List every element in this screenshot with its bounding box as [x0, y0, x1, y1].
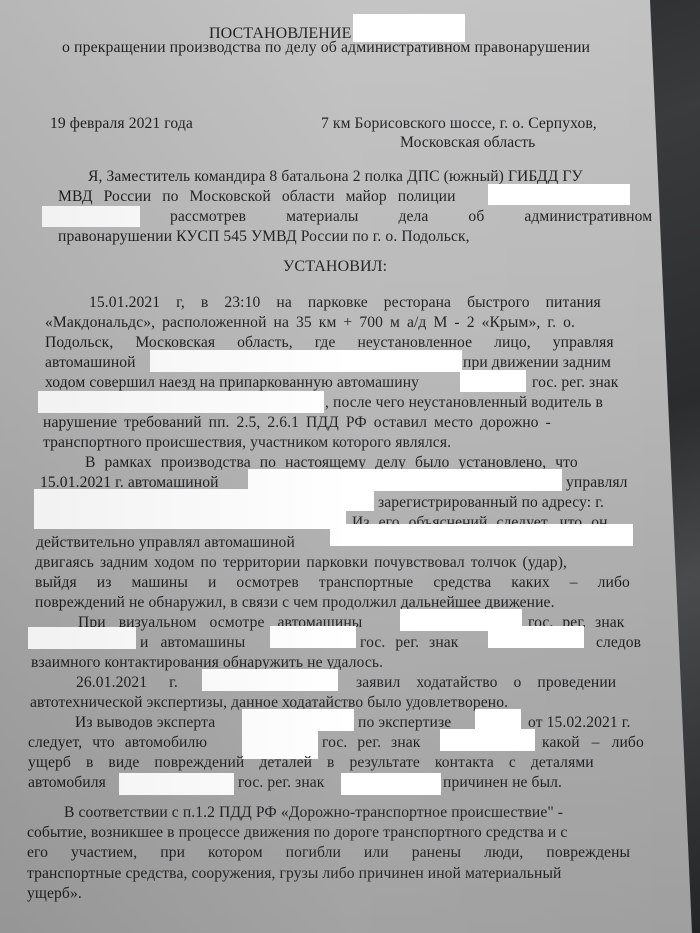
redaction-box	[488, 184, 630, 205]
p5-line-4b: гос. рег. знак	[238, 773, 324, 793]
p1-line-3: Подольск, Московская область, где неуста…	[45, 333, 614, 353]
redaction-box	[42, 206, 140, 227]
p3-line-2b: гос. рег. знак	[360, 633, 458, 653]
redaction-box	[440, 729, 535, 751]
intro-line-1: Я, Заместитель командира 8 батальона 2 п…	[88, 167, 608, 187]
p4-line-1b: заявил ходатайство о проведении	[356, 673, 616, 693]
document-page: ПОСТАНОВЛЕНИЕ о прекращении производства…	[0, 0, 700, 933]
p6-line-4: транспортные средства, сооружения, грузы…	[27, 864, 561, 884]
p6-line-5: ущерб».	[27, 884, 82, 904]
redaction-box	[34, 507, 346, 529]
p4-line-2: автотехнической экспертизы, данное ходат…	[30, 693, 508, 713]
intro-line-2: МВД России по Московской области майор п…	[58, 187, 480, 207]
redaction-box	[119, 773, 234, 795]
p2-line-7: выйдя из машины и осмотрев транспортные …	[35, 573, 630, 593]
p2-line-3: зарегистрированный по адресу: г.	[378, 493, 604, 513]
p6-line-1: В соответствии с п.1.2 ПДД РФ «Дорожно-т…	[64, 803, 563, 823]
p2-line-1: В рамках производства по настоящему делу…	[85, 453, 578, 473]
p2-line-2b: управлял	[566, 473, 628, 493]
p1-line-5b: гос. рег. знак	[532, 373, 618, 393]
redaction-box	[488, 626, 584, 648]
p1-line-4b: при движении задним	[463, 353, 611, 373]
document-subtitle: о прекращении производства по делу об ад…	[62, 38, 590, 58]
p5-line-3: ущерб в виде повреждений деталей в резул…	[28, 753, 594, 773]
p5-line-4c: причинен не был.	[443, 773, 562, 793]
intro-line-3: рассмотрев материалы дела об администрат…	[170, 207, 618, 227]
redaction-box	[248, 469, 562, 491]
p3-line-1b: гос. рег. знак	[528, 613, 624, 633]
p3-line-2c: следов	[596, 633, 641, 653]
redaction-box	[38, 391, 324, 413]
redaction-box	[242, 709, 354, 731]
p3-line-1a: При визуальном осмотре автомашины	[78, 613, 362, 633]
p2-line-8: повреждений не обнаружил, в связи с чем …	[35, 593, 555, 613]
redaction-box	[341, 773, 441, 795]
document-date: 19 февраля 2021 года	[50, 114, 193, 134]
p2-line-6: двигаясь задним ходом по территории парк…	[35, 553, 567, 573]
p2-line-5: действительно управлял автомашиной	[36, 533, 295, 553]
p3-line-2a: и автомашины	[140, 633, 245, 653]
p1-line-6: , после чего неустановленный водитель в	[325, 393, 603, 413]
p2-line-2a: 15.01.2021 г. автомашиной	[40, 473, 219, 493]
p3-line-3: взаимного контактирования обнаружить не …	[31, 653, 383, 673]
p5-line-4a: автомобиля	[28, 773, 106, 793]
p1-line-8: транспортного происшествия, участником к…	[43, 433, 451, 453]
p1-line-1: 15.01.2021 г, в 23:10 на парковке рестор…	[89, 293, 601, 313]
p2-line-4: Из его объяснений следует, что он	[352, 513, 608, 533]
redaction-box	[150, 350, 462, 372]
p5-line-1b: по экспертизе	[358, 713, 451, 733]
section-heading: УСТАНОВИЛ:	[283, 257, 387, 277]
p5-line-2a: следует, что автомобилю	[28, 733, 207, 753]
redaction-box	[242, 729, 318, 759]
redaction-box	[270, 626, 356, 648]
redaction-box	[34, 489, 374, 511]
redaction-box	[330, 524, 633, 546]
p4-line-1a: 26.01.2021 г.	[76, 673, 178, 693]
p1-line-5a: ходом совершил наезд на припаркованную а…	[45, 373, 419, 393]
p1-line-7: нарушение требований пп. 2.5, 2.6.1 ПДД …	[43, 413, 551, 433]
document-place-line2: Московская область	[400, 133, 535, 153]
redaction-box	[28, 627, 136, 649]
p5-line-1a: Из выводов эксперта	[75, 713, 215, 733]
intro-line-4: правонарушении КУСП 545 УМВД России по г…	[58, 227, 470, 247]
redaction-box	[353, 14, 465, 42]
redaction-box	[202, 669, 338, 691]
p5-line-1c: от 15.02.2021 г.	[528, 713, 631, 733]
redaction-box	[475, 709, 521, 731]
p1-line-2: «Макдональдс», расположенной на 35 км + …	[45, 313, 575, 333]
document-place-line1: 7 км Борисовского шоссе, г. о. Серпухов,	[321, 114, 597, 134]
document-title: ПОСТАНОВЛЕНИЕ	[209, 24, 352, 44]
redaction-box	[460, 370, 526, 392]
p5-line-2b: гос. рег. знак	[322, 733, 420, 753]
p1-line-4a: автомашиной	[45, 353, 136, 373]
p6-line-3: его участием, при котором погибли или ра…	[27, 843, 630, 863]
p6-line-2: событие, возникшее в процессе движения п…	[27, 823, 567, 843]
redaction-box	[400, 609, 522, 631]
p5-line-2c: какой – либо	[542, 733, 644, 753]
